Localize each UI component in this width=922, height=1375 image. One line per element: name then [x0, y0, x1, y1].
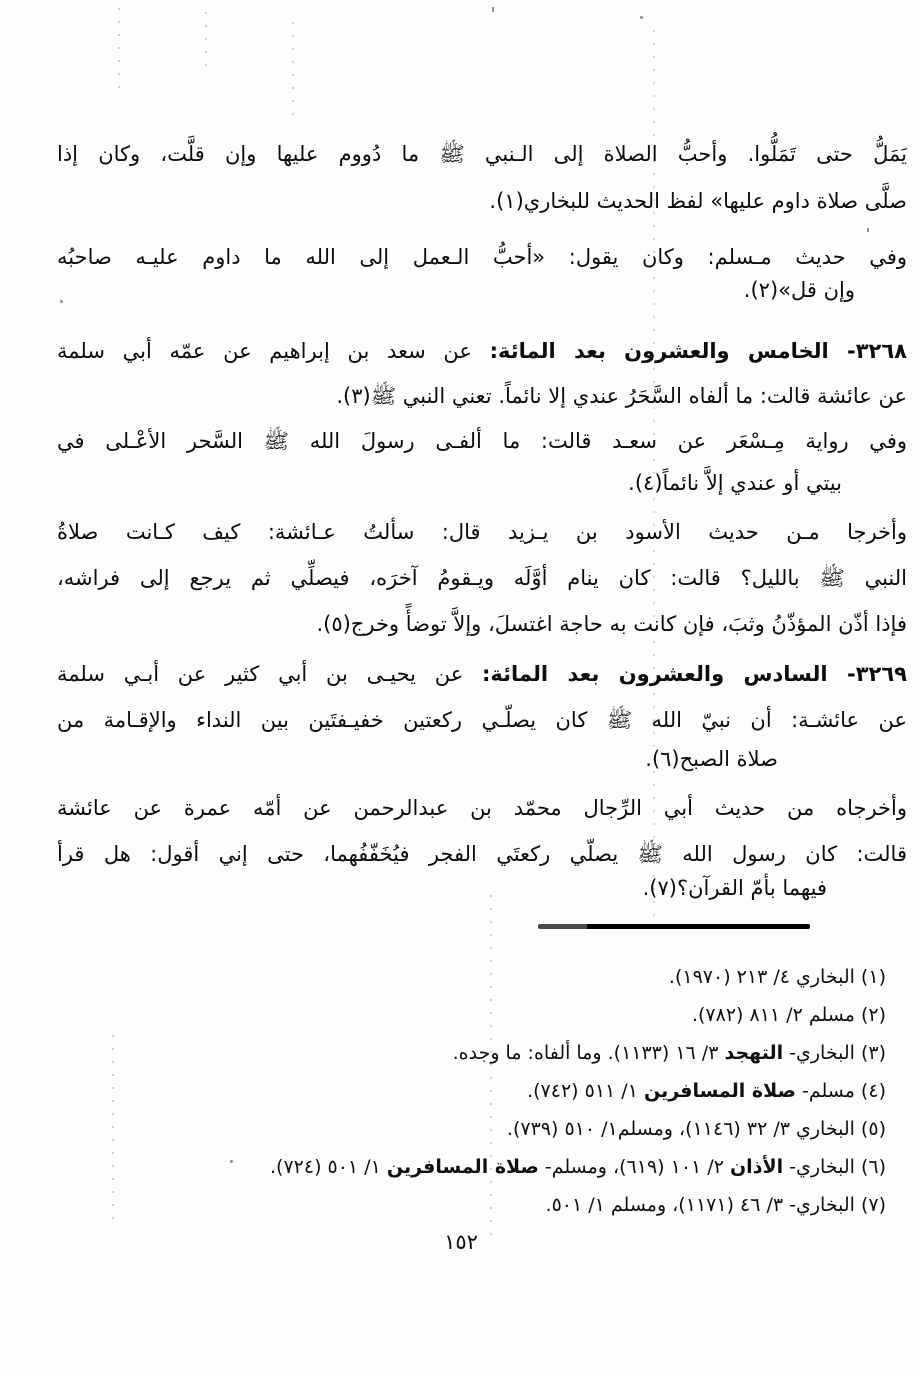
- body-line: النبي ﷺ بالليل؟ قالت: كان ينام أوَّلَه و…: [57, 558, 907, 598]
- body-line-paragraph-end: بيتي أو عندي إلاَّ نائماً(٤).: [628, 463, 842, 503]
- footnote-4-reference: ١/ ٥١١ (٧٤٢).: [527, 1080, 644, 1102]
- footnote-3-chapter: التهجد: [724, 1042, 783, 1064]
- body-line-paragraph-end: صلاة الصبح(٦).: [645, 739, 778, 779]
- footnote-separator-rule: [538, 924, 810, 929]
- scan-speck: [60, 300, 63, 303]
- scan-speck: [492, 7, 494, 12]
- footnote-1: (١) البخاري ٤/ ٢١٣ (١٩٧٠).: [669, 960, 886, 994]
- scan-speck: [640, 16, 643, 19]
- footnote-3: (٣) البخاري- التهجد ٣/ ١٦ (١١٣٣). وما أل…: [453, 1036, 886, 1070]
- page-number: ١٥٢: [0, 1230, 922, 1254]
- scan-artifact-dotted-line: [118, 8, 120, 96]
- body-line: وفي رواية مِـسْعَر عن سعـد قالت: ما ألفـ…: [57, 421, 907, 461]
- footnote-5: (٥) البخاري ٣/ ٣٢ (١١٤٦)، ومسلم١/ ٥١٠ (٧…: [507, 1112, 886, 1146]
- hadith-3268-number-title: ٣٢٦٨- الخامس والعشرون بعد المائة:: [490, 339, 907, 363]
- scan-artifact-dotted-line: [205, 12, 207, 68]
- body-line: وأخرجاه من حديث أبي الرِّجال محمّد بن عب…: [57, 788, 907, 828]
- hadith-3269-number-title: ٣٢٦٩- السادس والعشرون بعد المائة:: [482, 662, 907, 686]
- body-line: يَمَلُّ حتى تَمَلُّوا. وأحبُّ الصلاة إلى…: [57, 134, 907, 174]
- footnote-6-chapter-2: صلاة المسافرين: [387, 1156, 539, 1178]
- body-line: صلَّى صلاة داوم عليها» لفظ الحديث للبخار…: [489, 181, 907, 221]
- footnote-7: (٧) البخاري- ٣/ ٤٦ (١١٧١)، ومسلم ١/ ٥٠١.: [546, 1188, 886, 1222]
- footnote-3-reference: ٣/ ١٦ (١١٣٣). وما ألفاه: ما وجده.: [453, 1042, 725, 1064]
- scan-artifact-dotted-line: [112, 1035, 114, 1230]
- footnote-6-reference-2: ١/ ٥٠١ (٧٢٤).: [270, 1156, 387, 1178]
- body-line-paragraph-end: فإذا أذّن المؤذّنُ وثبَ، فإن كانت به حاج…: [316, 604, 907, 644]
- hadith-3269-isnad: عن يحيـى بن أبي كثير عن أبـي سلمة: [57, 662, 482, 686]
- footnote-4-source: (٤) مسلم-: [796, 1080, 886, 1102]
- footnote-2: (٢) مسلم ٢/ ٨١١ (٧٨٢).: [692, 998, 886, 1032]
- body-line-paragraph-end: وإن قل»(٢).: [744, 270, 855, 310]
- body-line: عن عائشة قالت: ما ألفاه السَّحَرُ عندي إ…: [336, 376, 907, 416]
- scanned-book-page: يَمَلُّ حتى تَمَلُّوا. وأحبُّ الصلاة إلى…: [0, 0, 922, 1375]
- body-line-paragraph-end: فيهما بأمّ القرآن؟(٧).: [643, 868, 827, 908]
- scan-speck: [867, 228, 869, 232]
- footnote-4-chapter: صلاة المسافرين: [644, 1080, 796, 1102]
- hadith-3268-heading-line: ٣٢٦٨- الخامس والعشرون بعد المائة: عن سعد…: [57, 331, 907, 371]
- hadith-3269-heading-line: ٣٢٦٩- السادس والعشرون بعد المائة: عن يحي…: [57, 654, 907, 694]
- hadith-3268-isnad: عن سعد بن إبراهيم عن عمّه أبي سلمة: [57, 339, 490, 363]
- scan-speck: [230, 1160, 233, 1163]
- footnote-3-source: (٣) البخاري-: [783, 1042, 886, 1064]
- footnote-6-chapter-1: الأذان: [730, 1156, 783, 1178]
- scan-artifact-dotted-line: [292, 22, 294, 120]
- footnote-4: (٤) مسلم- صلاة المسافرين ١/ ٥١١ (٧٤٢).: [527, 1074, 886, 1108]
- body-line: وأخرجا مـن حديث الأسود بن يـزيد قال: سأل…: [57, 512, 907, 552]
- body-line: عن عائشـة: أن نبيّ الله ﷺ كان يصلّـي ركع…: [57, 700, 907, 740]
- footnote-6: (٦) البخاري- الأذان ٢/ ١٠١ (٦١٩)، ومسلم-…: [270, 1150, 886, 1184]
- footnote-6-reference-1: ٢/ ١٠١ (٦١٩)، ومسلم-: [539, 1156, 730, 1178]
- footnote-6-source: (٦) البخاري-: [783, 1156, 886, 1178]
